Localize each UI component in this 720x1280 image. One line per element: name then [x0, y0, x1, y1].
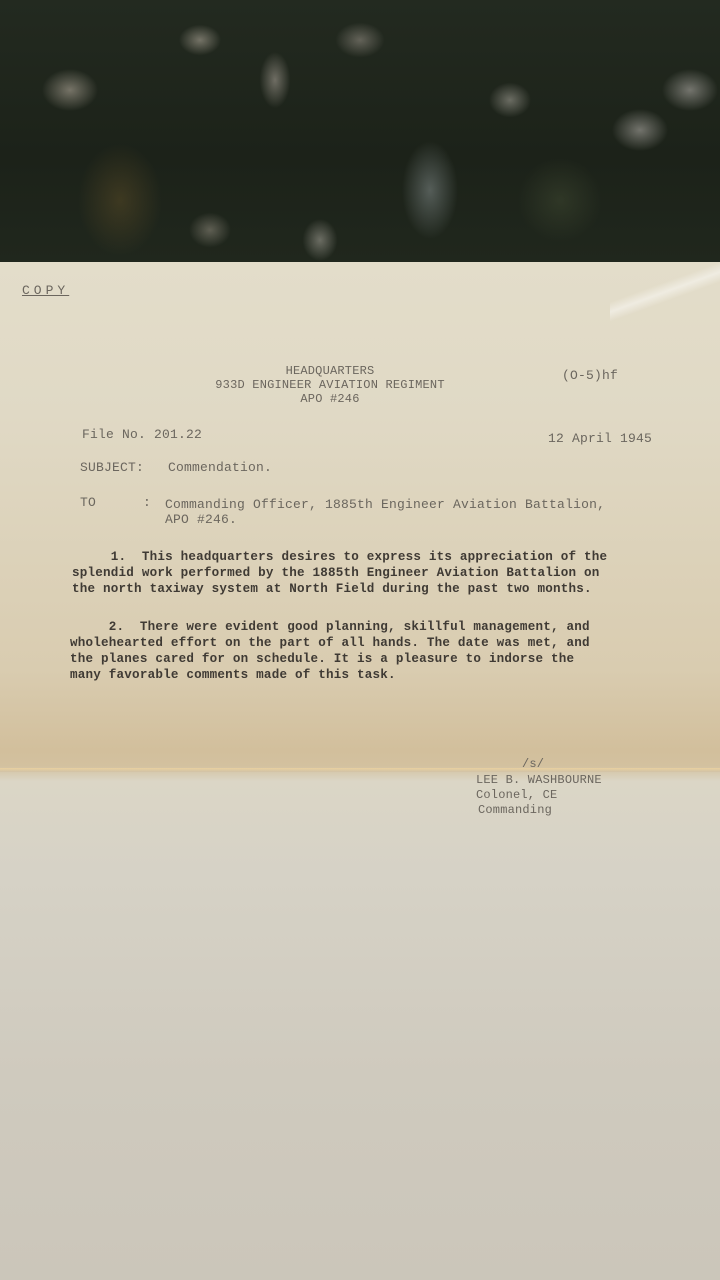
header-regiment: 933D ENGINEER AVIATION REGIMENT — [180, 378, 480, 392]
signature-title: Commanding — [478, 803, 552, 817]
to-recipient-line2: APO #246. — [165, 512, 237, 527]
granite-countertop-background — [0, 0, 720, 262]
paper-crease — [610, 262, 720, 322]
to-label: TO — [80, 495, 96, 510]
file-number: File No. 201.22 — [82, 427, 202, 442]
paragraph-2-line-4: many favorable comments made of this tas… — [70, 668, 396, 682]
paragraph-2-line-1: 2. There were evident good planning, ski… — [70, 620, 590, 634]
to-separator: : — [143, 495, 151, 510]
paragraph-1-line-3: the north taxiway system at North Field … — [72, 582, 592, 596]
paragraph-1-line-1: 1. This headquarters desires to express … — [72, 550, 607, 564]
subject-text: Commendation. — [168, 460, 272, 475]
paragraph-2-line-3: the planes cared for on schedule. It is … — [70, 652, 574, 666]
header-apo: APO #246 — [180, 392, 480, 406]
signature-rank: Colonel, CE — [476, 788, 557, 802]
header-headquarters: HEADQUARTERS — [180, 364, 480, 378]
copy-label: COPY — [22, 283, 69, 298]
to-recipient-line1: Commanding Officer, 1885th Engineer Avia… — [165, 497, 605, 512]
signature-mark: /s/ — [522, 757, 544, 771]
paragraph-2-line-2: wholehearted effort on the part of all h… — [70, 636, 590, 650]
signature-name: LEE B. WASHBOURNE — [476, 773, 602, 787]
reference-code: (O-5)hf — [562, 368, 618, 383]
letter-date: 12 April 1945 — [548, 431, 652, 446]
subject-label: SUBJECT: — [80, 460, 144, 475]
paragraph-1-line-2: splendid work performed by the 1885th En… — [72, 566, 600, 580]
letter-paper — [0, 262, 720, 1280]
